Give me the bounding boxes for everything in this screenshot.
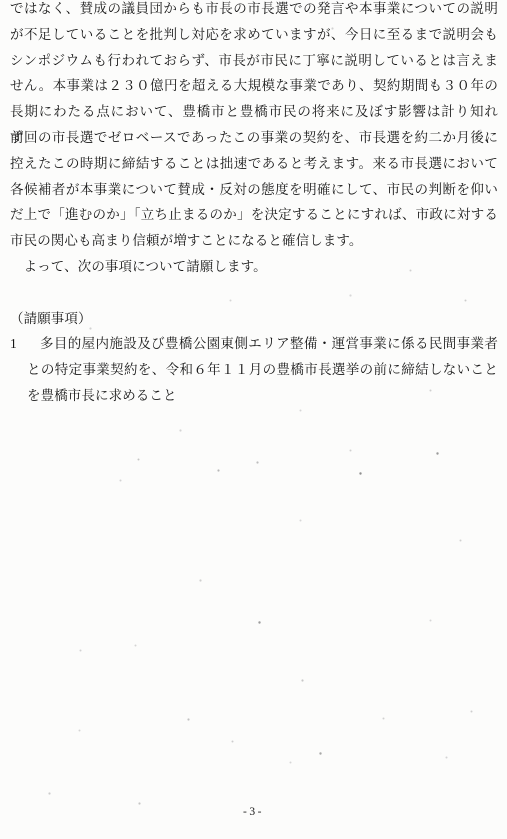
body-line: 長期にわたる点において、豊橋市と豊橋市民の将来に及ぼす影響は計り知れず、 <box>10 99 498 125</box>
body-line: が不足していることを批判し対応を求めていますが、今日に至るまで説明会も <box>10 22 498 48</box>
petition-item-line: を豊橋市長に求めること <box>10 383 498 409</box>
petition-items-heading: （請願事項） <box>10 306 498 332</box>
body-line: だ上で「進むのか」「立ち止まるのか」を決定することにすれば、市政に対する <box>10 202 498 228</box>
body-line-conclusion: よって、次の事項について請願します。 <box>10 254 498 280</box>
blank-line <box>10 280 498 306</box>
body-line: 控えたこの時期に締結することは拙速であると考えます。来る市長選において <box>10 151 498 177</box>
body-line: 市民の関心も高まり信頼が増すことになると確信します。 <box>10 228 498 254</box>
body-line: シンポジウムも行われておらず、市長が市民に丁寧に説明しているとは言えま <box>10 48 498 74</box>
petition-item-line: 1 多目的屋内施設及び豊橋公園東側エリア整備・運営事業に係る民間事業者 <box>10 331 498 357</box>
petition-item-line: との特定事業契約を、令和６年１１月の豊橋市長選挙の前に締結しないこと <box>10 357 498 383</box>
scan-noise-speckles <box>0 0 1 1</box>
petition-item-number: 1 <box>10 331 40 357</box>
body-line: 各候補者が本事業について賛成・反対の態度を明確にして、市民の判断を仰い <box>10 177 498 203</box>
page-number: -3- <box>0 806 507 818</box>
body-line: ではなく、賛成の議員団からも市長の市長選での発言や本事業についての説明 <box>10 0 498 22</box>
body-line: せん。本事業は２３０億円を超える大規模な事業であり、契約期間も３０年の <box>10 73 498 99</box>
body-line: 前回の市長選でゼロベースであったこの事業の契約を、市長選を約二か月後に <box>10 125 498 151</box>
petition-item-text: 多目的屋内施設及び豊橋公園東側エリア整備・運営事業に係る民間事業者 <box>40 331 498 357</box>
document-page: ではなく、賛成の議員団からも市長の市長選での発言や本事業についての説明 が不足し… <box>0 0 507 839</box>
document-body: ではなく、賛成の議員団からも市長の市長選での発言や本事業についての説明 が不足し… <box>10 0 498 409</box>
